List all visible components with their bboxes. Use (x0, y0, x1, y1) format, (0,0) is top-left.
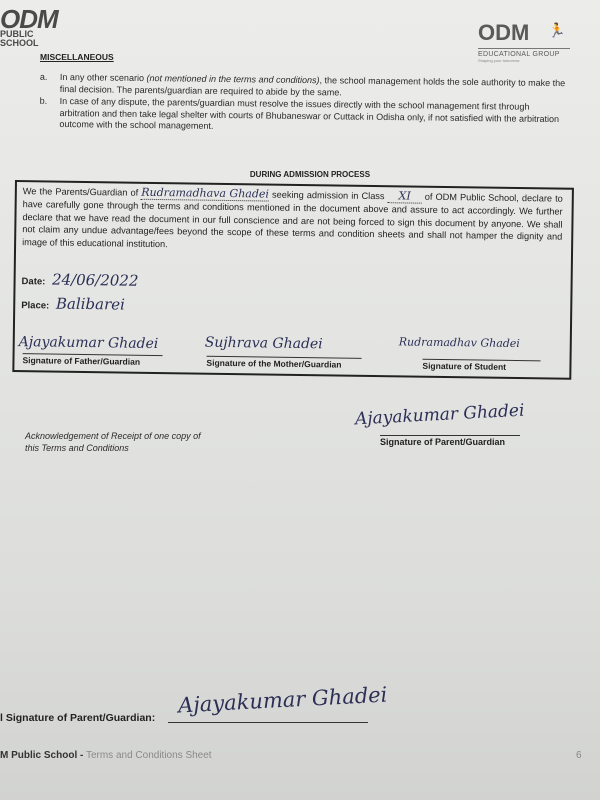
logo-divider (478, 48, 570, 49)
logo-main-text: ODM (478, 20, 529, 45)
runner-icon: 🏃 (548, 22, 565, 39)
footer-document-name: Terms and Conditions Sheet (86, 750, 212, 761)
date-row: Date: 24/06/2022 (21, 270, 138, 290)
item-marker: a. (40, 72, 60, 95)
odm-public-school-logo: ODM PUBLIC SCHOOL (0, 6, 60, 48)
final-signature[interactable]: Ajayakumar Ghadei (178, 683, 388, 718)
item-text: In case of any dispute, the parents/guar… (59, 96, 569, 137)
student-signature-label: Signature of Student (422, 359, 540, 373)
page-footer: M Public School - Terms and Conditions S… (0, 750, 212, 761)
date-label: Date: (22, 276, 46, 287)
odm-educational-group-logo: ODM 🏃 EDUCATIONAL GROUP Shaping your tom… (478, 20, 570, 63)
declaration-box: We the Parents/Guardian of Rudramadhava … (12, 180, 574, 380)
miscellaneous-list: a. In any other scenario (not mentioned … (59, 72, 570, 138)
section-title: MISCELLANEOUS (40, 52, 114, 62)
final-signature-label: l Signature of Parent/Guardian: (0, 712, 155, 724)
admission-section-title: DURING ADMISSION PROCESS (200, 170, 420, 179)
mother-signature-label: Signature of the Mother/Guardian (206, 356, 361, 370)
place-field[interactable]: Balibarei (56, 295, 125, 314)
place-row: Place: Balibarei (21, 294, 125, 313)
acknowledgement-text: Acknowledgement of Receipt of one copy o… (25, 430, 215, 454)
mother-signature[interactable]: Sujhrava Ghadei (205, 335, 323, 353)
father-signature[interactable]: Ajayakumar Ghadei (19, 334, 159, 352)
date-field[interactable]: 24/06/2022 (52, 271, 139, 290)
final-signature-line (168, 722, 368, 723)
list-item: b. In case of any dispute, the parents/g… (59, 96, 569, 137)
page-number: 6 (576, 750, 582, 761)
class-field[interactable]: XI (388, 190, 422, 204)
student-name-field[interactable]: Rudramadhava Ghadei (141, 187, 269, 202)
item-marker: b. (39, 96, 59, 131)
logo-sub-text: EDUCATIONAL GROUP (478, 51, 570, 58)
footer-school-name: M Public School - (0, 750, 83, 761)
acknowledgement-signature[interactable]: Ajayakumar Ghadei (355, 401, 525, 430)
declaration-text: We the Parents/Guardian of Rudramadhava … (22, 185, 563, 256)
document-page: ODM PUBLIC SCHOOL ODM 🏃 EDUCATIONAL GROU… (0, 0, 600, 800)
place-label: Place: (21, 300, 49, 311)
father-signature-label: Signature of Father/Guardian (22, 353, 162, 367)
acknowledgement-signature-label: Signature of Parent/Guardian (380, 435, 520, 447)
logo-tagline: Shaping your tomorrow (478, 58, 570, 63)
student-signature[interactable]: Rudramadhav Ghadei (399, 335, 520, 350)
